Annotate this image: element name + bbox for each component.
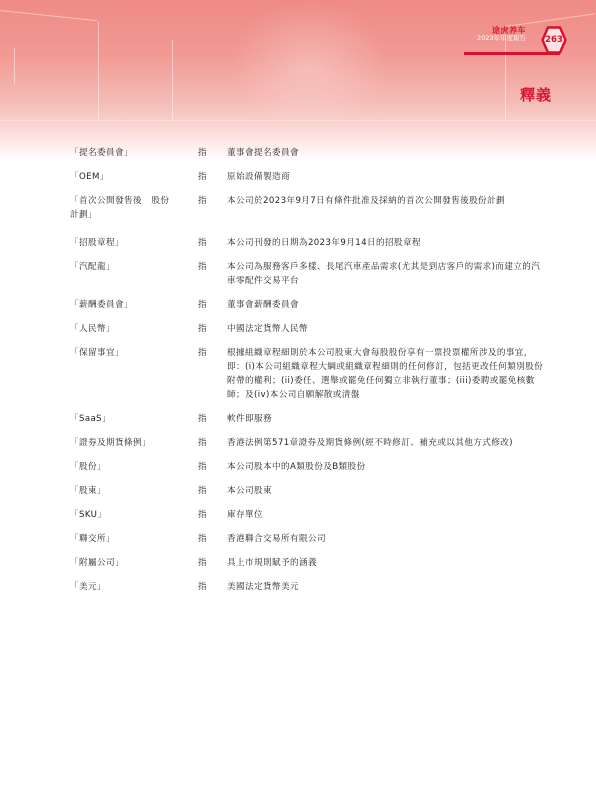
definition-row: 「證券及期貨條例」 指 香港法例第571章證券及期貨條例(經不時修訂、補充或以其… [70, 436, 550, 450]
header-background [0, 0, 596, 160]
definition-meaning: 董事會薪酬委員會 [227, 298, 550, 312]
definition-meaning: 庫存單位 [227, 508, 550, 522]
brand-block: 途虎养车 2023年年度報告 [477, 27, 526, 42]
definition-row: 「人民幣」 指 中國法定貨幣人民幣 [70, 322, 550, 336]
definition-term: 「薪酬委員會」 [70, 298, 198, 312]
definition-meaning: 董事會提名委員會 [227, 146, 550, 160]
definition-connector: 指 [198, 260, 227, 288]
definition-term: 「股東」 [70, 484, 198, 498]
definitions-list: 「提名委員會」 指 董事會提名委員會 「OEM」 指 原始設備製造商 「首次公開… [70, 146, 550, 604]
definition-connector: 指 [198, 298, 227, 312]
definition-meaning: 具上市規則賦予的涵義 [227, 556, 550, 570]
definition-meaning: 美國法定貨幣美元 [227, 580, 550, 594]
definition-meaning: 中國法定貨幣人民幣 [227, 322, 550, 336]
definition-row: 「保留事宜」 指 根據組織章程細則於本公司股東大會每股股份享有一票投票權所涉及的… [70, 346, 550, 402]
definition-row: 「美元」 指 美國法定貨幣美元 [70, 580, 550, 594]
definition-meaning: 軟件即服務 [227, 412, 550, 426]
definition-row: 「SaaS」 指 軟件即服務 [70, 412, 550, 426]
definition-term: 「附屬公司」 [70, 556, 198, 570]
definition-row: 「OEM」 指 原始設備製造商 [70, 170, 550, 184]
definition-term: 「美元」 [70, 580, 198, 594]
decorative-line [14, 48, 15, 84]
decorative-line [0, 10, 98, 21]
definition-row: 「招股章程」 指 本公司刊發的日期為2023年9月14日的招股章程 [70, 236, 550, 250]
definition-meaning: 根據組織章程細則於本公司股東大會每股股份享有一票投票權所涉及的事宜，即：(i)本… [227, 346, 550, 402]
definition-row: 「股份」 指 本公司股本中的A類股份及B類股份 [70, 460, 550, 474]
definition-meaning: 本公司為服務客戶多樣、長尾汽車產品需求(尤其是到店客戶的需求)而建立的汽車零配件… [227, 260, 550, 288]
header-glow [230, 0, 390, 130]
definition-row: 「SKU」 指 庫存單位 [70, 508, 550, 522]
definition-connector: 指 [198, 484, 227, 498]
definition-connector: 指 [198, 170, 227, 184]
definition-row: 「附屬公司」 指 具上市規則賦予的涵義 [70, 556, 550, 570]
definition-term: 「證券及期貨條例」 [70, 436, 198, 450]
definition-term: 「招股章程」 [70, 236, 198, 250]
decorative-line [172, 40, 173, 120]
definition-row: 「聯交所」 指 香港聯合交易所有限公司 [70, 532, 550, 546]
definition-meaning: 本公司於2023年9月7日有條件批准及採納的首次公開發售後股份計劃 [227, 194, 550, 222]
definition-row: 「汽配龍」 指 本公司為服務客戶多樣、長尾汽車產品需求(尤其是到店客戶的需求)而… [70, 260, 550, 288]
decorative-line [505, 13, 594, 27]
decorative-line [98, 22, 99, 122]
decorative-line [0, 120, 596, 121]
definition-term: 「OEM」 [70, 170, 198, 184]
page-number: 263 [541, 26, 567, 54]
definition-connector: 指 [198, 346, 227, 402]
definition-term: 「聯交所」 [70, 532, 198, 546]
definition-row: 「首次公開發售後 股份計劃」 指 本公司於2023年9月7日有條件批准及採納的首… [70, 194, 550, 222]
definition-term: 「股份」 [70, 460, 198, 474]
definition-connector: 指 [198, 460, 227, 474]
definition-connector: 指 [198, 146, 227, 160]
definition-meaning: 本公司股東 [227, 484, 550, 498]
page-number-badge: 263 [541, 26, 567, 54]
definition-term: 「汽配龍」 [70, 260, 198, 288]
definition-meaning: 本公司刊發的日期為2023年9月14日的招股章程 [227, 236, 550, 250]
definition-connector: 指 [198, 412, 227, 426]
definition-connector: 指 [198, 236, 227, 250]
definition-meaning: 香港聯合交易所有限公司 [227, 532, 550, 546]
definition-term: 「人民幣」 [70, 322, 198, 336]
definition-row: 「股東」 指 本公司股東 [70, 484, 550, 498]
report-title: 2023年年度報告 [477, 35, 526, 42]
definition-term: 「保留事宜」 [70, 346, 198, 402]
definition-connector: 指 [198, 194, 227, 222]
definition-connector: 指 [198, 580, 227, 594]
definition-meaning: 香港法例第571章證券及期貨條例(經不時修訂、補充或以其他方式修改) [227, 436, 550, 450]
definition-connector: 指 [198, 322, 227, 336]
definition-term: 「SKU」 [70, 508, 198, 522]
definition-connector: 指 [198, 532, 227, 546]
definition-connector: 指 [198, 556, 227, 570]
definition-term: 「提名委員會」 [70, 146, 198, 160]
definition-term: 「SaaS」 [70, 412, 198, 426]
definition-meaning: 原始設備製造商 [227, 170, 550, 184]
definition-connector: 指 [198, 508, 227, 522]
section-title: 釋義 [520, 84, 552, 105]
definition-meaning: 本公司股本中的A類股份及B類股份 [227, 460, 550, 474]
definition-row: 「薪酬委員會」 指 董事會薪酬委員會 [70, 298, 550, 312]
definition-row: 「提名委員會」 指 董事會提名委員會 [70, 146, 550, 160]
definition-connector: 指 [198, 436, 227, 450]
definition-term: 「首次公開發售後 股份計劃」 [70, 194, 170, 222]
